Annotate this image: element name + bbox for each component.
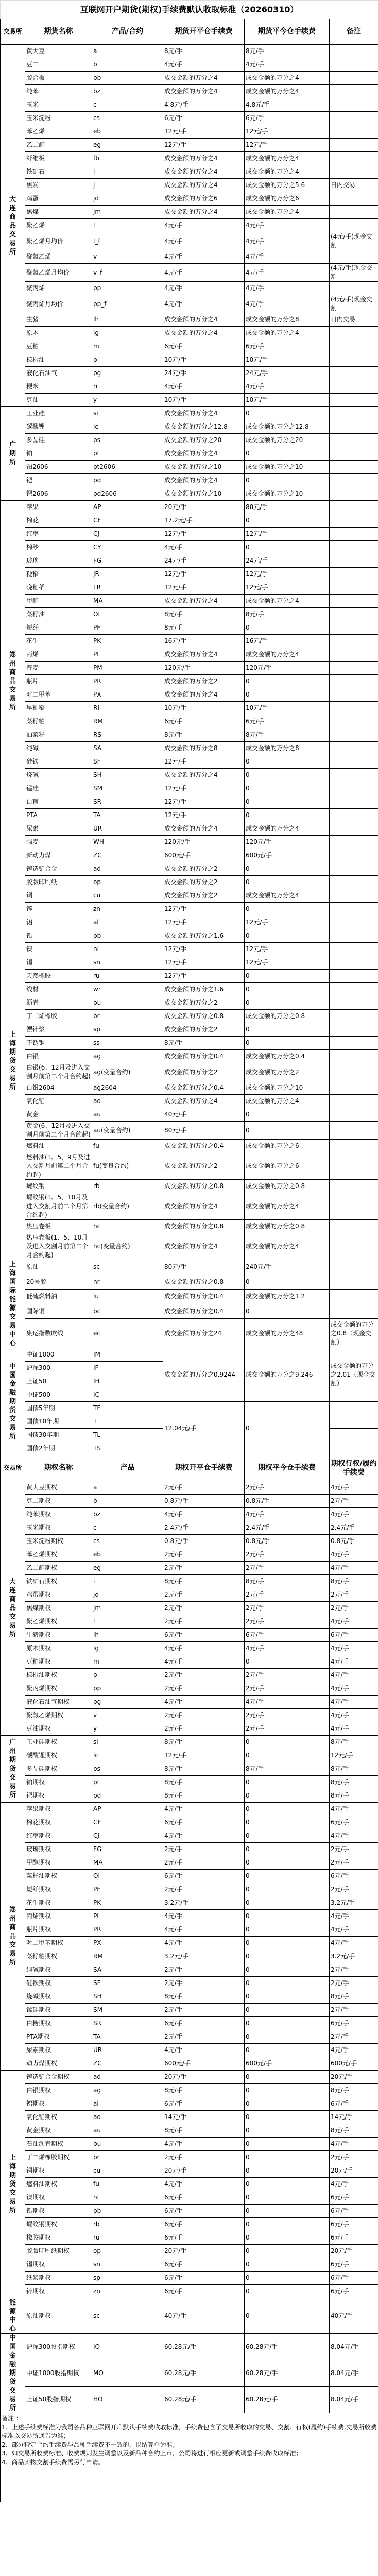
exercise-fee: 4元/手: [330, 2178, 378, 2191]
product-code: ps: [92, 1762, 163, 1776]
product-code: c: [92, 1521, 163, 1535]
close-today-fee: 12元/手: [245, 125, 330, 139]
close-today-fee: 0: [245, 2285, 330, 2298]
table-row: 20号胶nr成交金额的万分之0.80: [1, 1275, 378, 1290]
remark: [330, 1122, 378, 1140]
remark: [330, 1304, 378, 1319]
remark: [330, 876, 378, 889]
product-code: pp: [92, 1682, 163, 1696]
remark: [330, 420, 378, 434]
product-name: 强麦: [25, 836, 92, 849]
remark: [330, 1402, 378, 1415]
product-code: au: [92, 2124, 163, 2138]
close-today-fee: 2元/手: [245, 1682, 330, 1696]
open-close-fee: 成交金额的万分之4: [163, 769, 245, 782]
product-name: 铂2606: [25, 461, 92, 474]
product-name: 螺纹钢: [25, 1180, 92, 1193]
open-close-fee: 80元/手: [163, 1260, 245, 1275]
close-today-fee: 0: [245, 1937, 330, 1950]
open-close-fee: 4元/手: [163, 2044, 245, 2057]
product-code: cs: [92, 1535, 163, 1548]
close-today-fee: 0.8元/手: [245, 1495, 330, 1508]
remark: [330, 836, 378, 849]
table-row: 丙烯期权PL4元/手04元/手: [1, 1910, 378, 1923]
exercise-fee: 8.04元/手: [330, 2334, 378, 2360]
product-name: 白银期权: [25, 2084, 92, 2097]
table-row: PTATA12元/手0: [1, 809, 378, 822]
product-name: 普麦: [25, 662, 92, 675]
close-today-fee: 2元/手: [245, 1722, 330, 1736]
close-today-fee: 0: [245, 407, 330, 420]
open-close-fee: 成交金额的万分之4: [163, 688, 245, 702]
close-today-fee: 10元/手: [245, 702, 330, 715]
column-header: 交易所: [1, 1455, 25, 1481]
table-row: 丁二烯橡胶br成交金额的万分之0.8成交金额的万分之0.8: [1, 1010, 378, 1023]
table-row: 液化石油气期权pg4元/手4元/手4元/手: [1, 1696, 378, 1709]
open-close-fee: 2元/手: [163, 1562, 245, 1575]
note-line: 1、上述手续费标准为我司各品种互联网开户默认手续费收取标准，手续费包含了交易所收…: [2, 2423, 377, 2441]
remark: [330, 1180, 378, 1193]
open-close-fee: 2元/手: [163, 1843, 245, 1856]
open-close-fee: 4元/手: [163, 380, 245, 394]
close-today-fee: 0: [245, 2245, 330, 2258]
product-code: fu: [92, 2178, 163, 2191]
product-name: 焦炭: [25, 179, 92, 192]
open-close-fee: 4元/手: [163, 264, 245, 282]
close-today-fee: 2元/手: [245, 1548, 330, 1562]
product-name: 粳米: [25, 380, 92, 394]
table-row: 螺纹钢rb成交金额的万分之0.8成交金额的万分之0.8: [1, 1180, 378, 1193]
product-name: 玉米淀粉: [25, 112, 92, 125]
table-row: 漂针浆sp成交金额的万分之20: [1, 1023, 378, 1037]
product-name: 锰硅: [25, 782, 92, 795]
product-code: pp: [92, 282, 163, 295]
remark: [330, 219, 378, 232]
table-row: 铅期权pb6元/手06元/手: [1, 2205, 378, 2218]
product-code: b: [92, 1495, 163, 1508]
product-code: m: [92, 340, 163, 353]
product-name: 黄金期权: [25, 2124, 92, 2138]
remark: [330, 929, 378, 943]
close-today-fee: 0: [245, 2231, 330, 2245]
close-today-fee: 0: [245, 2044, 330, 2057]
table-row: 纤维板fb成交金额的万分之4成交金额的万分之4: [1, 152, 378, 165]
table-row: 液化石油气pg24元/手24元/手: [1, 367, 378, 380]
open-close-fee: 成交金额的万分之4: [163, 1095, 245, 1108]
remark: [330, 715, 378, 728]
close-today-fee: 0: [245, 2191, 330, 2205]
product-code: jm: [92, 206, 163, 219]
close-today-fee: 0: [245, 983, 330, 996]
exercise-fee: 2元/手: [330, 1843, 378, 1856]
close-today-fee: 成交金额的万分之4: [245, 595, 330, 608]
open-close-fee: 成交金额的万分之4: [163, 1193, 245, 1220]
open-close-fee: 6元/手: [163, 340, 245, 353]
table-row: 短纤期权PF2元/手02元/手: [1, 1883, 378, 1896]
close-today-fee: 4元/手: [245, 250, 330, 264]
product-name: 工业硅: [25, 407, 92, 420]
open-close-fee: 2元/手: [163, 1977, 245, 1990]
product-name: 燃料油: [25, 1140, 92, 1153]
table-row: 粳米rr4元/手4元/手: [1, 380, 378, 394]
table-row: 花生期权PK3.2元/手03.2元/手: [1, 1896, 378, 1910]
product-name: 铝期权: [25, 2097, 92, 2111]
open-close-fee: 8元/手: [163, 1575, 245, 1588]
exercise-fee: 6元/手: [330, 2205, 378, 2218]
product-name: 白银2604: [25, 1081, 92, 1095]
product-code: c: [92, 98, 163, 112]
table-row: 聚乙烯l4元/手4元/手: [1, 219, 378, 232]
remark: [330, 192, 378, 206]
close-today-fee: 成交金额的万分之6: [245, 1153, 330, 1180]
exchange-name: 大连商品交易所: [1, 45, 25, 407]
open-close-fee: 6元/手: [163, 1870, 245, 1883]
column-header: 备注: [330, 19, 378, 45]
exercise-fee: 4元/手: [330, 1481, 378, 1495]
table-row: 玉米c4.8元/手4.8元/手: [1, 98, 378, 112]
product-name: 铜: [25, 889, 92, 903]
open-close-fee: 6元/手: [163, 2191, 245, 2205]
close-today-fee: 4元/手: [245, 1508, 330, 1521]
table-row: 锡sn12元/手12元/手: [1, 956, 378, 970]
close-today-fee: 8元/手: [245, 1575, 330, 1588]
close-today-fee: 8元/手: [245, 45, 330, 58]
product-code: MO: [92, 2360, 163, 2386]
product-name: 玉米: [25, 98, 92, 112]
open-close-fee: 2元/手: [163, 1615, 245, 1629]
open-close-fee: 4.8元/手: [163, 98, 245, 112]
product-name: 新动力煤: [25, 849, 92, 862]
product-code: PK: [92, 1896, 163, 1910]
product-name: 玉米期权: [25, 1521, 92, 1535]
remark: [330, 1095, 378, 1108]
table-row: 豆二b4元/手4元/手: [1, 58, 378, 72]
product-name: 聚丙烯期权: [25, 1682, 92, 1696]
table-row: 纯苯期权bz4元/手4元/手4元/手: [1, 1508, 378, 1521]
product-name: 聚氯乙烯: [25, 250, 92, 264]
product-code: jm: [92, 1602, 163, 1615]
close-today-fee: 0: [245, 1843, 330, 1856]
close-today-fee: 成交金额的万分之6: [245, 1140, 330, 1153]
table-row: 铅pb成交金额的万分之1.60: [1, 929, 378, 943]
open-close-fee: 2元/手: [163, 1548, 245, 1562]
close-today-fee: 0: [245, 1275, 330, 1290]
close-today-fee: 6元/手: [245, 112, 330, 125]
close-today-fee: 成交金额的万分之10: [245, 487, 330, 501]
table-row: 红枣CJ12元/手12元/手: [1, 528, 378, 541]
product-code: PK: [92, 635, 163, 648]
product-code: LR: [92, 581, 163, 595]
close-today-fee: 0: [245, 1803, 330, 1816]
product-code: MA: [92, 1856, 163, 1870]
open-close-fee: 10元/手: [163, 353, 245, 367]
table-row: 乙二醇eg12元/手12元/手: [1, 139, 378, 152]
product-name: 红枣期权: [25, 1829, 92, 1843]
product-code: ag(变量合约): [92, 1063, 163, 1081]
table-row: 棉花期权CF6元/手06元/手: [1, 1816, 378, 1829]
product-code: lu: [92, 1290, 163, 1304]
product-name: 黄金: [25, 1108, 92, 1122]
product-name: 聚乙烯月均价: [25, 232, 92, 250]
table-row: 纯苯bz成交金额的万分之4成交金额的万分之4: [1, 85, 378, 98]
close-today-fee: 0: [245, 862, 330, 876]
open-close-fee: 12元/手: [163, 916, 245, 929]
open-close-fee: 成交金额的万分之4: [163, 165, 245, 179]
open-close-fee: 40元/手: [163, 2298, 245, 2334]
product-name: PTA期权: [25, 2030, 92, 2044]
remark: [330, 165, 378, 179]
table-row: 胶合板bb成交金额的万分之4成交金额的万分之4: [1, 72, 378, 85]
open-close-fee: 6元/手: [163, 2231, 245, 2245]
remark: [330, 983, 378, 996]
product-code: p: [92, 353, 163, 367]
product-name: PTA: [25, 809, 92, 822]
note-line: 3、如交易所收费标准、收费规则发生调整以及新品种合约上市，公司将进行相应更新或调…: [2, 2449, 377, 2458]
close-today-fee: 0: [245, 1776, 330, 1789]
table-row: 生猪期权lh6元/手6元/手6元/手: [1, 1629, 378, 1642]
product-name: 丙烯期权: [25, 1910, 92, 1923]
product-name: 铂: [25, 447, 92, 461]
close-today-fee: 12元/手: [245, 916, 330, 929]
product-name: 铜期权: [25, 2164, 92, 2178]
product-code: JR: [92, 568, 163, 581]
product-code: bc: [92, 1304, 163, 1319]
open-close-fee: 4元/手: [163, 282, 245, 295]
close-today-fee: 成交金额的万分之4: [245, 1233, 330, 1260]
product-code: pt: [92, 447, 163, 461]
table-row: 黄金期权au8元/手08元/手: [1, 2124, 378, 2138]
remark: [330, 755, 378, 769]
remark: (4元/手)现金交割: [330, 264, 378, 282]
table-row: 丙烯PL成交金额的万分之4成交金额的万分之4: [1, 648, 378, 662]
exchange-name: 上海期货交易所: [1, 2071, 25, 2298]
table-row: 强麦WH120元/手120元/手: [1, 836, 378, 849]
product-code: br: [92, 1010, 163, 1023]
product-code: PL: [92, 648, 163, 662]
close-today-fee: 0: [245, 1304, 330, 1319]
table-row: 大连商品交易所黄大豆期权a2元/手2元/手4元/手: [1, 1481, 378, 1495]
close-today-fee: 240元/手: [245, 1260, 330, 1275]
table-row: 铁矿石期权i8元/手8元/手8元/手: [1, 1575, 378, 1588]
product-code: bu: [92, 996, 163, 1010]
close-today-fee: 0: [245, 2004, 330, 2017]
table-row: 铝期权al6元/手06元/手: [1, 2097, 378, 2111]
exercise-fee: 6元/手: [330, 2218, 378, 2231]
product-code: sp: [92, 2272, 163, 2285]
close-today-fee: 成交金额的万分之8: [245, 742, 330, 755]
open-close-fee: 2.4元/手: [163, 1521, 245, 1535]
column-header: 期权行权/履约手续费: [330, 1455, 378, 1481]
open-close-fee: 4元/手: [163, 58, 245, 72]
product-name: 短纤期权: [25, 1883, 92, 1896]
product-code: fu: [92, 1140, 163, 1153]
product-name: 铁矿石: [25, 165, 92, 179]
close-today-fee: 0: [245, 621, 330, 635]
remark: [330, 206, 378, 219]
product-code: v_f: [92, 264, 163, 282]
close-today-fee: 6元/手: [245, 340, 330, 353]
close-today-fee: 成交金额的万分之48: [245, 1319, 330, 1348]
exercise-fee: 600元/手: [330, 2057, 378, 2071]
exchange-name: 上海国际能源交易中心: [1, 1260, 25, 1348]
close-today-fee: 成交金额的万分之0.8: [245, 1220, 330, 1233]
product-code: al: [92, 2097, 163, 2111]
open-close-fee: 成交金额的万分之4: [163, 474, 245, 487]
product-code: ni: [92, 2191, 163, 2205]
table-row: 白银ag成交金额的万分之0.4成交金额的万分之0.4: [1, 1050, 378, 1063]
exercise-fee: 8元/手: [330, 1776, 378, 1789]
open-close-fee: 80元/手: [163, 1122, 245, 1140]
product-name: 尿素期权: [25, 2044, 92, 2057]
product-code: ZC: [92, 849, 163, 862]
product-name: 苯乙烯: [25, 125, 92, 139]
product-code: sp: [92, 1023, 163, 1037]
product-code: sn: [92, 2258, 163, 2272]
close-today-fee: 0: [245, 1789, 330, 1803]
remark: [330, 394, 378, 407]
product-name: 线材: [25, 983, 92, 996]
close-today-fee: 0: [245, 795, 330, 809]
product-name: 镍期权: [25, 2191, 92, 2205]
product-code: IO: [92, 2334, 163, 2360]
open-close-fee: 成交金额的万分之4: [163, 85, 245, 98]
remark: [330, 862, 378, 876]
remark: [330, 407, 378, 420]
open-close-fee: 6元/手: [163, 2097, 245, 2111]
close-today-fee: 成交金额的万分之1.2: [245, 1290, 330, 1304]
exercise-fee: 6元/手: [330, 2258, 378, 2272]
column-header: 产品: [92, 1455, 163, 1481]
note-line: 备注 ：: [2, 2414, 377, 2423]
note-line: 2、部分特定合约手续费与品种手续费不一致的，以结算单为准；: [2, 2441, 377, 2449]
close-today-fee: 4元/手: [245, 264, 330, 282]
product-name: 鸡蛋期权: [25, 1588, 92, 1602]
table-row: PTA期权TA2元/手02元/手: [1, 2030, 378, 2044]
table-row: 对二甲苯PX成交金额的万分之40: [1, 688, 378, 702]
close-today-fee: 4.8元/手: [245, 98, 330, 112]
close-today-fee: 0: [245, 1910, 330, 1923]
close-today-fee: 4元/手: [245, 219, 330, 232]
product-code: bz: [92, 85, 163, 98]
exercise-fee: 20元/手: [330, 2071, 378, 2084]
product-name: 鸡蛋: [25, 192, 92, 206]
close-today-fee: 成交金额的万分之10: [245, 1081, 330, 1095]
open-close-fee: 60.28元/手: [163, 2360, 245, 2386]
product-name: 玻璃期权: [25, 1843, 92, 1856]
product-name: 玻璃: [25, 554, 92, 568]
open-close-fee: 成交金额的万分之0.8: [163, 1220, 245, 1233]
product-code: TL: [92, 1429, 163, 1442]
product-name: 油菜籽: [25, 728, 92, 742]
table-row: 白银2604ag2604成交金额的万分之0.4成交金额的万分之10: [1, 1081, 378, 1095]
remark: [330, 1023, 378, 1037]
product-code: PX: [92, 1937, 163, 1950]
table-row: 螺纹钢(1、5、10月及进入交割月前二个月第合约起)rb(变量合约)成交金额的万…: [1, 1193, 378, 1220]
open-close-fee: 成交金额的万分之4: [163, 327, 245, 340]
open-close-fee: 12元/手: [163, 782, 245, 795]
product-code: eb: [92, 125, 163, 139]
exercise-fee: 2元/手: [330, 1856, 378, 1870]
product-code: SR: [92, 2017, 163, 2030]
product-code: bz: [92, 1508, 163, 1521]
open-close-fee: 2元/手: [163, 1669, 245, 1682]
open-close-fee: 10元/手: [163, 394, 245, 407]
product-name: 铸造铝合金: [25, 862, 92, 876]
close-today-fee: 0: [245, 514, 330, 528]
close-today-fee: 0: [245, 876, 330, 889]
close-today-fee: 0: [245, 1402, 330, 1455]
product-code: rb(变量合约): [92, 1193, 163, 1220]
product-name: 聚乙烯: [25, 219, 92, 232]
column-header: 期货名称: [25, 19, 92, 45]
product-name: 焦煤期权: [25, 1602, 92, 1615]
product-name: 原木期权: [25, 1642, 92, 1655]
open-close-fee: 60.28元/手: [163, 2386, 245, 2413]
product-code: OI: [92, 1870, 163, 1883]
exercise-fee: 2元/手: [330, 1883, 378, 1896]
product-code: TA: [92, 809, 163, 822]
product-code: si: [92, 1736, 163, 1749]
close-today-fee: 4元/手: [245, 380, 330, 394]
open-close-fee: 8元/手: [163, 1776, 245, 1789]
close-today-fee: 0: [245, 1829, 330, 1843]
product-name: 苹果: [25, 501, 92, 514]
product-code: pd: [92, 1789, 163, 1803]
open-close-fee: 0.8元/手: [163, 1495, 245, 1508]
close-today-fee: 0: [245, 474, 330, 487]
product-name: 20号胶: [25, 1275, 92, 1290]
open-close-fee: 8元/手: [163, 1037, 245, 1050]
product-name: 黄大豆期权: [25, 1481, 92, 1495]
product-name: 胶版印刷纸期权: [25, 2245, 92, 2258]
exercise-fee: 6元/手: [330, 2231, 378, 2245]
product-name: 氧化铝期权: [25, 2111, 92, 2124]
product-name: 棕榈油期权: [25, 1669, 92, 1682]
open-close-fee: 14元/手: [163, 2111, 245, 2124]
table-row: 碳酸锂期权lc12元/手012元/手: [1, 1749, 378, 1762]
open-close-fee: 12元/手: [163, 795, 245, 809]
table-row: 郑州商品交易所苹果期权AP4元/手04元/手: [1, 1803, 378, 1816]
open-close-fee: 20元/手: [163, 2164, 245, 2178]
open-close-fee: 8元/手: [163, 45, 245, 58]
table-row: 豆二期权b0.8元/手0.8元/手2元/手: [1, 1495, 378, 1508]
product-name: 铝: [25, 916, 92, 929]
product-code: T: [92, 1415, 163, 1429]
exercise-fee: 2元/手: [330, 1495, 378, 1508]
remark: [330, 353, 378, 367]
product-code: cu: [92, 2164, 163, 2178]
open-close-fee: 2元/手: [163, 1682, 245, 1696]
product-code: OI: [92, 608, 163, 621]
exercise-fee: 8元/手: [330, 2084, 378, 2097]
remark: [330, 1442, 378, 1455]
open-close-fee: 4元/手: [163, 1642, 245, 1655]
open-close-fee: 12元/手: [163, 1749, 245, 1762]
table-row: 能源中心原油期权sc40元/手040元/手: [1, 2298, 378, 2334]
open-close-fee: 12元/手: [163, 581, 245, 595]
table-row: 广州期货交易所工业硅期权si8元/手08元/手: [1, 1736, 378, 1749]
product-code: lc: [92, 420, 163, 434]
close-today-fee: 2.4元/手: [245, 1521, 330, 1535]
table-row: 燃料油fu成交金额的万分之0.4成交金额的万分之6: [1, 1140, 378, 1153]
product-name: 上证50: [25, 1375, 92, 1388]
open-close-fee: 4元/手: [163, 1923, 245, 1937]
table-row: 多晶硅ps成交金额的万分之20成交金额的万分之20: [1, 434, 378, 447]
open-close-fee: 成交金额的万分之10: [163, 487, 245, 501]
close-today-fee: 0: [245, 755, 330, 769]
open-close-fee: 2元/手: [163, 1481, 245, 1495]
column-header: 交易所: [1, 19, 25, 45]
